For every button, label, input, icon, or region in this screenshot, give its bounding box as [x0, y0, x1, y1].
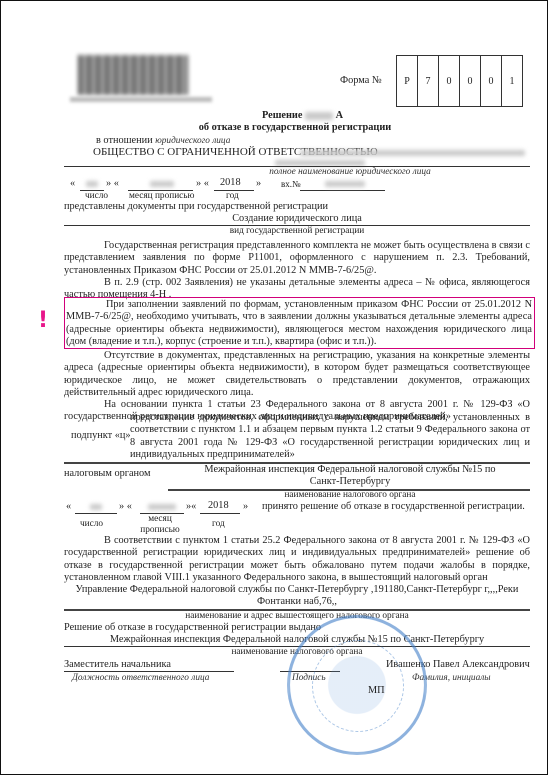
registration-type: Создание юридического лица	[64, 213, 530, 225]
form-code-char: 0	[481, 56, 502, 106]
quote: » «	[119, 501, 132, 513]
caption-day: число	[85, 191, 108, 201]
issued-authority: Межрайонная инспекция Федеральной налого…	[64, 634, 530, 646]
decision-title: Решение А	[262, 110, 343, 122]
tax-authority-label: налоговым органом	[64, 468, 151, 480]
decision-text: принято решение об отказе в государствен…	[262, 501, 525, 513]
form-label: Форма №	[340, 75, 382, 87]
redacted-month-2	[148, 504, 176, 510]
signatory-position: Заместитель начальника	[64, 659, 171, 671]
redacted-day	[86, 181, 98, 187]
caption-year-2: год	[212, 519, 225, 529]
rule	[64, 671, 234, 672]
quote: »	[243, 501, 248, 513]
paragraph-reason: Государственная регистрация представленн…	[64, 240, 530, 277]
caption-day-2: число	[80, 519, 103, 529]
position-caption: Должность ответственного лица	[72, 673, 209, 683]
tax-authority-name-1: Межрайонная инспекция Федеральной налого…	[170, 464, 530, 476]
stamp-label: МП	[368, 685, 385, 697]
quote: «	[66, 501, 71, 513]
higher-authority-2: Фонтанки наб,76,,	[64, 596, 530, 608]
official-stamp	[287, 615, 427, 755]
exclamation-icon: !	[38, 308, 48, 333]
redacted-company	[300, 150, 525, 156]
year-field-2	[200, 513, 240, 514]
form-code-char: 0	[460, 56, 481, 106]
company-caption: полное наименование юридического лица	[200, 167, 500, 177]
redacted-number	[305, 112, 333, 120]
tax-authority-caption: наименование налогового органа	[170, 490, 530, 500]
subpoint-text: представление документов, оформленных с …	[130, 412, 530, 462]
decision-subtitle: об отказе в государственной регистрации	[60, 122, 530, 134]
submitted-text: представлены документы при государственн…	[64, 201, 328, 213]
day-field-2	[75, 513, 117, 514]
form-code-box: Р 7 0 0 0 1	[396, 55, 523, 107]
form-code-char: 7	[418, 56, 439, 106]
incoming-field	[300, 190, 385, 191]
caption-year: год	[226, 191, 239, 201]
form-code-char: 1	[502, 56, 522, 106]
registration-caption: вид государственной регистрации	[64, 226, 530, 236]
date-row-1: «	[70, 178, 75, 190]
quote: »«	[186, 501, 196, 513]
subpoint-label: подпункт «ц»	[71, 430, 131, 442]
paragraph-highlighted: При заполнении заявлений по формам, уста…	[66, 299, 532, 349]
incoming-label: вх.№	[281, 178, 301, 190]
form-code-char: Р	[397, 56, 418, 106]
redacted-incoming	[325, 181, 365, 187]
higher-authority-1: Управление Федеральной налоговой службы …	[64, 584, 530, 596]
barcode-image	[78, 55, 188, 95]
quote: »	[256, 178, 261, 190]
quote: » «	[106, 178, 119, 190]
stamp-emblem	[312, 640, 404, 732]
caption-month-2: месяц прописью	[130, 514, 190, 536]
barcode-caption	[70, 97, 212, 102]
tax-authority-name-2: Санкт-Петербургу	[170, 476, 530, 488]
paragraph-appeal: В соответствии с пунктом 1 статьи 25.2 Ф…	[64, 535, 530, 585]
year-1: 2018	[220, 177, 241, 189]
year-2: 2018	[208, 500, 229, 512]
paragraph-absence: Отсутствие в документах, представленных …	[64, 350, 530, 400]
redacted-month	[150, 181, 174, 187]
caption-month: месяц прописью	[129, 191, 194, 201]
redacted-day-2	[90, 504, 102, 510]
issued-label: Решение об отказе в государственной реги…	[64, 622, 321, 634]
quote: » «	[196, 178, 209, 190]
higher-authority-caption: наименование и адрес вышестоящего налого…	[64, 611, 530, 621]
form-code-char: 0	[439, 56, 460, 106]
